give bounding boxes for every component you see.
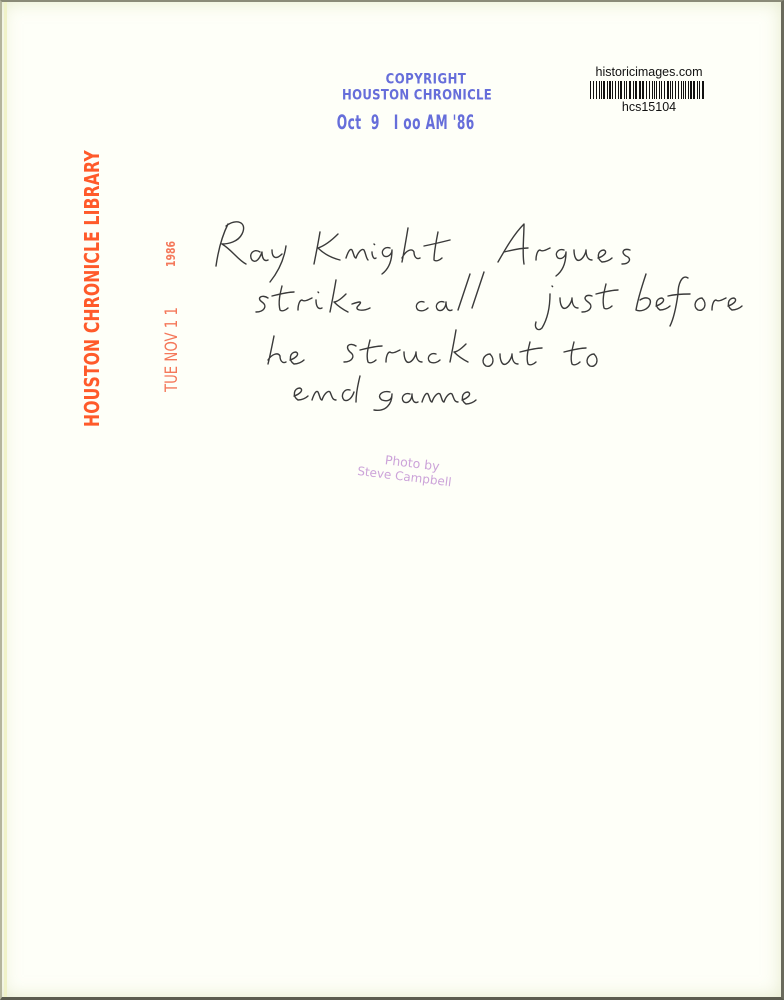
- caption-text: Ray Knight Argues strike call just befor…: [202, 214, 203, 215]
- caption-strokes: [202, 214, 762, 414]
- barcode-label: historicimages.com hcs15104: [586, 65, 712, 114]
- received-year-text: 1986: [164, 241, 178, 267]
- copyright-stamp: COPYRIGHT HOUSTON CHRONICLE Oct 9 I oo A…: [332, 72, 502, 133]
- copyright-stamp-date: Oct 9 I oo AM '86: [332, 112, 505, 135]
- paper-edge: [4, 2, 7, 997]
- library-stamp-text: HOUSTON CHRONICLE LIBRARY: [80, 150, 104, 427]
- handwritten-caption: Ray Knight Argues strike call just befor…: [202, 214, 762, 414]
- caption-line-1: Ray Knight Argues: [202, 214, 203, 215]
- barcode-code-text: hcs15104: [586, 100, 712, 114]
- received-date-stamp: TUE NOV 1 1 1986: [142, 234, 202, 414]
- barcode-site-text: historicimages.com: [586, 65, 712, 79]
- photo-back-sheet: COPYRIGHT HOUSTON CHRONICLE Oct 9 I oo A…: [0, 0, 784, 1000]
- received-date-text: TUE NOV 1 1: [162, 307, 182, 392]
- copyright-stamp-line1: COPYRIGHT: [350, 71, 502, 88]
- library-stamp: HOUSTON CHRONICLE LIBRARY: [80, 72, 104, 427]
- copyright-stamp-line2: HOUSTON CHRONICLE: [332, 87, 502, 104]
- barcode-icon: [590, 81, 708, 99]
- photo-credit-stamp: Photo by Steve Campbell: [357, 450, 454, 489]
